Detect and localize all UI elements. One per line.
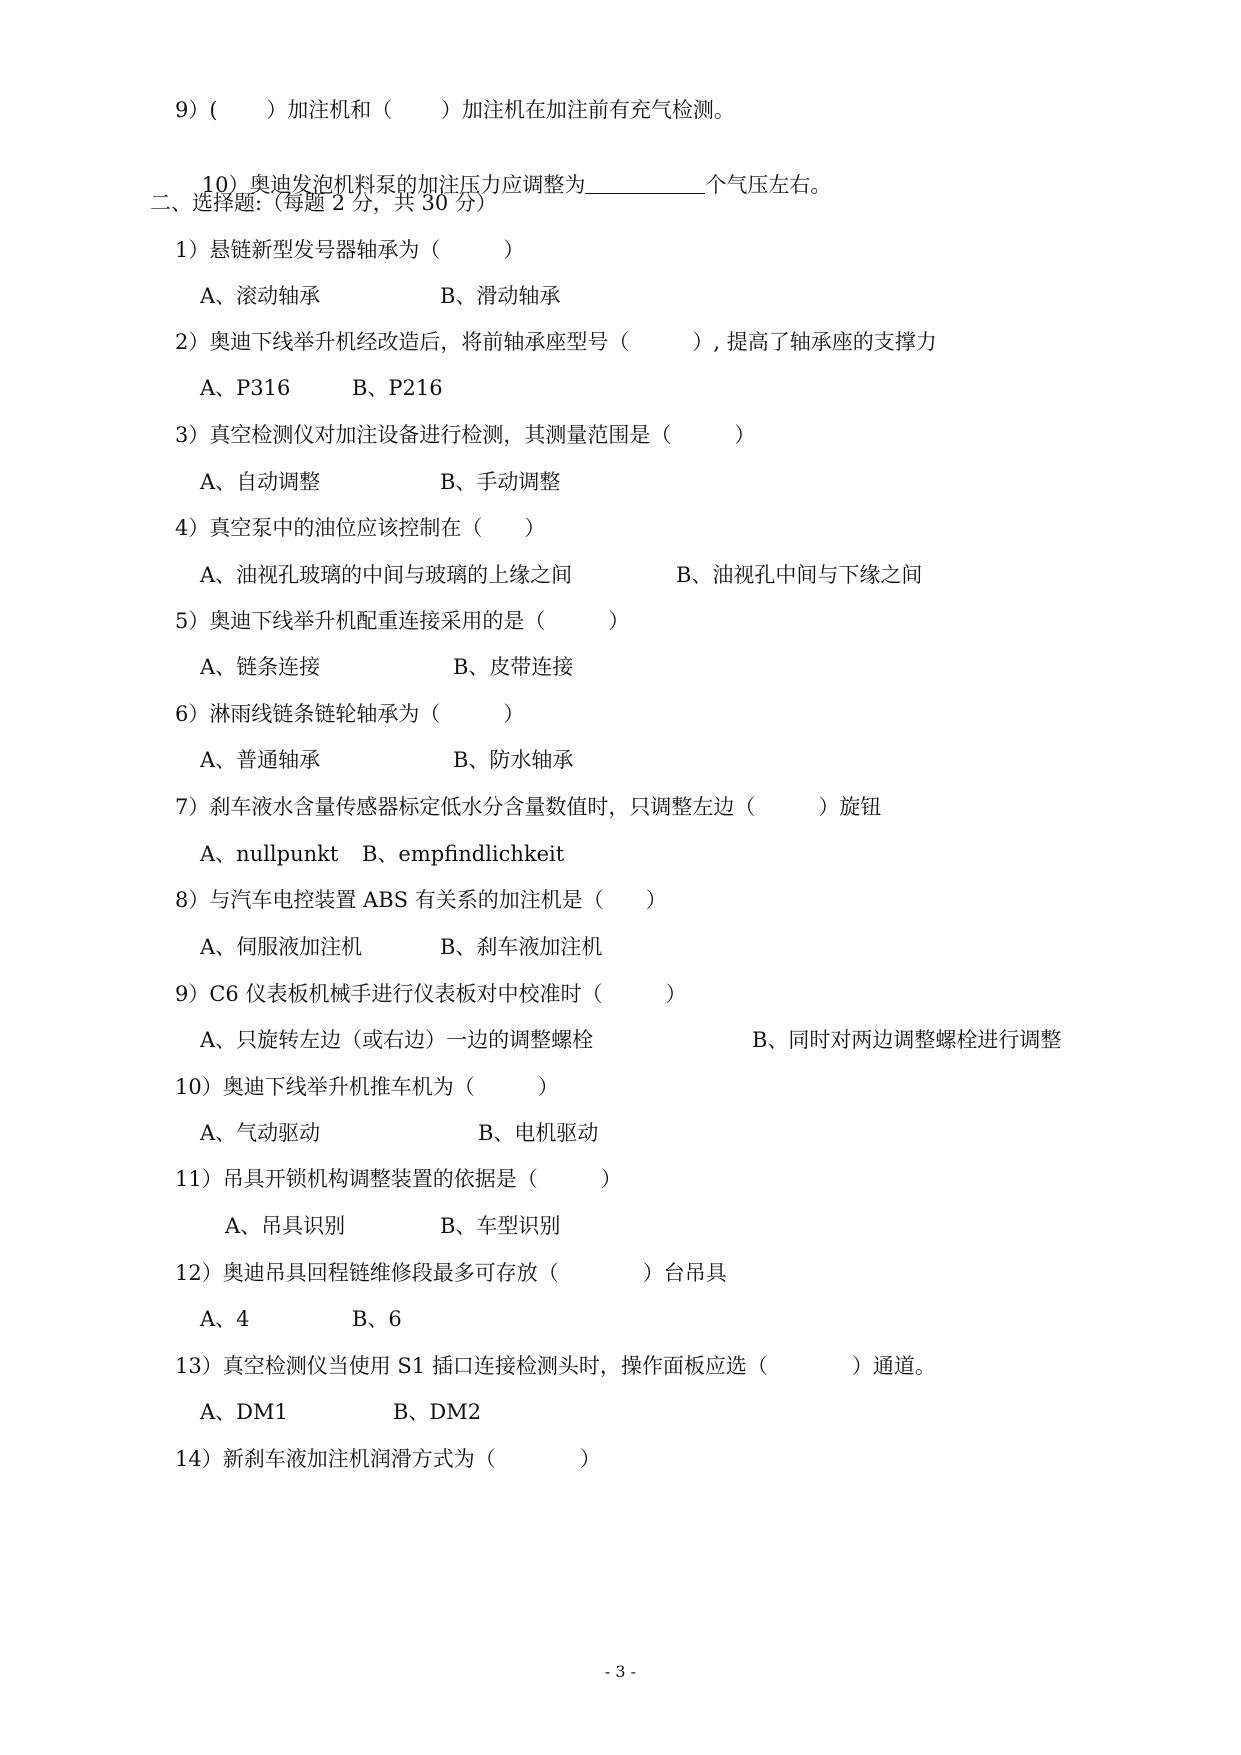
question-10-option-a: A、气动驱动 (200, 1119, 320, 1147)
question-8-option-b: B、刹车液加注机 (440, 933, 602, 961)
question-1: 1）悬链新型发号器轴承为（ ） (175, 236, 524, 264)
question-9-option-a: A、只旋转左边（或右边）一边的调整螺栓 (200, 1026, 593, 1054)
question-8-option-a: A、伺服液加注机 (200, 933, 362, 961)
question-2: 2）奥迪下线举升机经改造后，将前轴承座型号（ ）, 提高了轴承座的支撑力 (175, 328, 937, 356)
question-6: 6）淋雨线链条链轮轴承为（ ） (175, 700, 524, 728)
section-heading-multiple-choice: 二、选择题:（每题 2 分，共 30 分） (150, 189, 497, 217)
question-3: 3）真空检测仪对加注设备进行检测，其测量范围是（ ） (175, 421, 755, 449)
question-4: 4）真空泵中的油位应该控制在（ ） (175, 514, 545, 542)
question-7: 7）刹车液水含量传感器标定低水分含量数值时，只调整左边（ ）旋钮 (175, 793, 881, 821)
question-5-option-a: A、链条连接 (200, 653, 320, 681)
question-12-option-b: B、6 (352, 1305, 402, 1333)
question-7-option-a: A、nullpunkt (200, 840, 338, 868)
question-9: 9）C6 仪表板机械手进行仪表板对中校准时（ ） (175, 980, 686, 1008)
question-7-option-b: B、empfindlichkeit (362, 840, 564, 868)
question-text-after: 个气压左右。 (705, 173, 831, 197)
answer-blank (585, 173, 705, 194)
question-6-option-b: B、防水轴承 (453, 746, 573, 774)
question-13-option-b: B、DM2 (393, 1398, 481, 1426)
question-1-option-a: A、滚动轴承 (200, 282, 320, 310)
question-12-option-a: A、4 (200, 1305, 250, 1333)
page-number: - 3 - (0, 1662, 1241, 1681)
question-11-option-a: A、吊具识别 (225, 1212, 345, 1240)
question-9-option-b: B、同时对两边调整螺栓进行调整 (752, 1026, 1061, 1054)
question-12: 12）奥迪吊具回程链维修段最多可存放（ ）台吊具 (175, 1259, 727, 1287)
question-4-option-b: B、油视孔中间与下缘之间 (676, 561, 922, 589)
question-13-option-a: A、DM1 (200, 1398, 288, 1426)
question-10: 10）奥迪下线举升机推车机为（ ） (175, 1073, 559, 1101)
question-4-option-a: A、油视孔玻璃的中间与玻璃的上缘之间 (200, 561, 572, 589)
question-13: 13）真空检测仪当使用 S1 插口连接检测头时，操作面板应选（ ）通道。 (175, 1352, 936, 1380)
question-5: 5）奥迪下线举升机配重连接采用的是（ ） (175, 607, 629, 635)
question-3-option-a: A、自动调整 (200, 468, 320, 496)
question-3-option-b: B、手动调整 (440, 468, 560, 496)
question-10-option-b: B、电机驱动 (478, 1119, 598, 1147)
question-14: 14）新刹车液加注机润滑方式为（ ） (175, 1445, 601, 1473)
question-11-option-b: B、车型识别 (440, 1212, 560, 1240)
question-2-option-b: B、P216 (352, 374, 443, 402)
question-2-option-a: A、P316 (200, 374, 290, 402)
question-1-option-b: B、滑动轴承 (440, 282, 560, 310)
question-11: 11）吊具开锁机构调整装置的依据是（ ） (175, 1165, 622, 1193)
question-6-option-a: A、普通轴承 (200, 746, 320, 774)
question-8: 8）与汽车电控装置 ABS 有关系的加注机是（ ） (175, 886, 667, 914)
fill-in-question-9: 9）( ）加注机和（ ）加注机在加注前有充气检测。 (175, 96, 735, 124)
question-5-option-b: B、皮带连接 (453, 653, 573, 681)
